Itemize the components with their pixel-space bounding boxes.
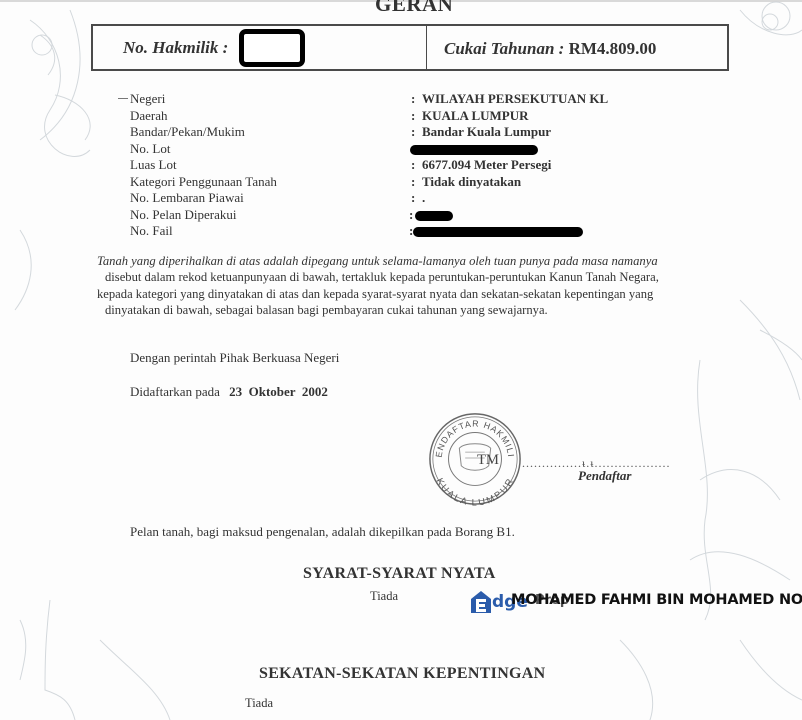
- field-value: 6677.094 Meter Persegi: [422, 157, 551, 173]
- syarat-heading: SYARAT-SYARAT NYATA: [303, 565, 496, 583]
- field-label: Daerah: [130, 108, 168, 124]
- hakmilik-redaction-box: [239, 29, 305, 67]
- registrar-stamp: PENDAFTAR HAKMILIK KUALA LUMPUR TM: [426, 409, 524, 507]
- signatory-label: Pendaftar: [578, 468, 631, 484]
- field-label: No. Lembaran Piawai: [130, 190, 244, 206]
- registered-date: 23 Oktober 2002: [229, 384, 328, 399]
- registered-label: Didaftarkan pada: [130, 384, 220, 399]
- cukai-value: RM4.809.00: [569, 39, 657, 58]
- field-label: No. Pelan Diperakui: [130, 207, 237, 223]
- field-colon: :: [411, 91, 415, 107]
- document-title: GERAN: [375, 0, 453, 17]
- svg-text:PENDAFTAR HAKMILIK: PENDAFTAR HAKMILIK: [426, 409, 516, 458]
- cukai-cell: Cukai Tahunan : RM4.809.00: [427, 26, 727, 69]
- field-label: Bandar/Pekan/Mukim: [130, 124, 245, 140]
- field-colon: :: [409, 207, 413, 223]
- title-header-box: No. Hakmilik : Cukai Tahunan : RM4.809.0…: [91, 24, 729, 71]
- field-value: .: [422, 190, 425, 206]
- cukai-label: Cukai Tahunan :: [444, 39, 564, 58]
- field-colon: :: [411, 124, 415, 140]
- owner-name-watermark: MOHAMED FAHMI BIN MOHAMED NOOR: [511, 592, 802, 608]
- authority-line: Dengan perintah Pihak Berkuasa Negeri: [130, 350, 339, 366]
- redaction-bar: [415, 211, 453, 221]
- stamp-initials: TM: [477, 452, 499, 468]
- margin-dash: [118, 98, 128, 99]
- field-colon: :: [411, 174, 415, 190]
- paragraph-line: dinyatakan di bawah, sebagai balasan bag…: [97, 302, 707, 318]
- sekatan-value: Tiada: [245, 696, 273, 711]
- sekatan-heading: SEKATAN-SEKATAN KEPENTINGAN: [259, 665, 546, 683]
- field-label: No. Fail: [130, 223, 173, 239]
- field-colon: :: [411, 157, 415, 173]
- syarat-value: Tiada: [370, 589, 398, 604]
- cukai-tahunan: Cukai Tahunan : RM4.809.00: [444, 39, 656, 59]
- redaction-bar: [410, 145, 538, 155]
- field-label: Kategori Penggunaan Tanah: [130, 174, 277, 190]
- paragraph-line: disebut dalam rekod ketuanpunyaan di baw…: [97, 269, 707, 285]
- edgeprop-house-icon: [471, 591, 491, 613]
- floral-background-pattern: [0, 0, 802, 720]
- field-label: Negeri: [130, 91, 165, 107]
- field-label: No. Lot: [130, 141, 170, 157]
- field-value: Tidak dinyatakan: [422, 174, 521, 190]
- redaction-bar: [413, 227, 583, 237]
- svg-text:KUALA LUMPUR: KUALA LUMPUR: [435, 476, 516, 507]
- field-colon: :: [411, 108, 415, 124]
- plan-note: Pelan tanah, bagi maksud pengenalan, ada…: [130, 524, 515, 540]
- field-colon: :: [411, 190, 415, 206]
- hakmilik-label: No. Hakmilik :: [123, 38, 228, 58]
- field-label: Luas Lot: [130, 157, 177, 173]
- registration-line: Didaftarkan pada 23 Oktober 2002: [130, 384, 328, 400]
- tenure-paragraph: Tanah yang diperihalkan di atas adalah d…: [97, 253, 707, 318]
- field-value: Bandar Kuala Lumpur: [422, 124, 551, 140]
- paragraph-line: Tanah yang diperihalkan di atas adalah d…: [97, 253, 707, 269]
- field-value: KUALA LUMPUR: [422, 108, 529, 124]
- paragraph-line: kepada kategori yang dinyatakan di atas …: [97, 286, 707, 302]
- field-value: WILAYAH PERSEKUTUAN KL: [422, 91, 608, 107]
- hakmilik-cell: No. Hakmilik :: [93, 26, 427, 69]
